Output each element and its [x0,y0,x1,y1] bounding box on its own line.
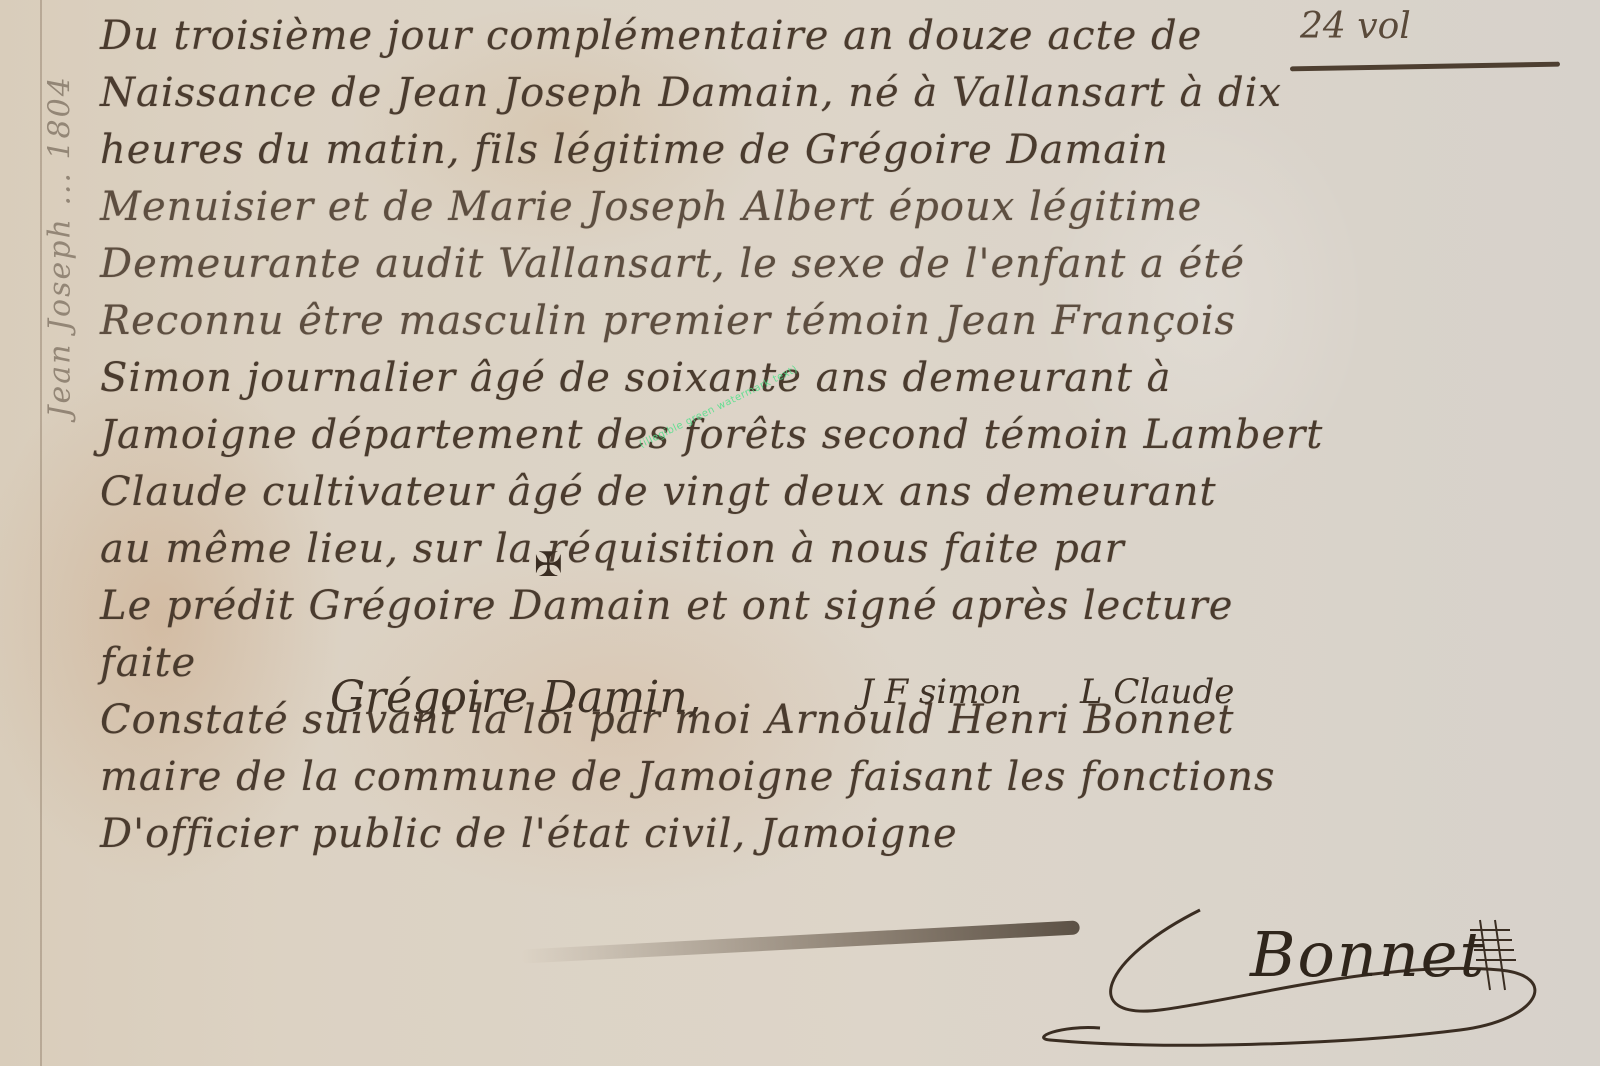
record-line: maire de la commune de Jamoigne faisant … [100,749,1580,806]
record-line: faite [100,635,1580,692]
cross-mark-icon: ✠ [534,545,563,585]
record-line: heures du matin, fils légitime de Grégoi… [100,122,1580,179]
record-line: Du troisième jour complémentaire an douz… [100,8,1580,65]
record-text: Du troisième jour complémentaire an douz… [100,8,1580,863]
record-line: Menuisier et de Marie Joseph Albert épou… [100,179,1580,236]
record-line: Constaté suivant la loi par moi Arnould … [100,692,1580,749]
signature-father: Grégoire Damin, [330,672,702,723]
margin-note: Jean Joseph ... 1804 [43,58,78,418]
record-line: Le prédit Grégoire Damain et ont signé a… [100,578,1580,635]
record-line: Demeurante audit Vallansart, le sexe de … [100,236,1580,293]
signature-mayor: Bonnet [1250,918,1486,991]
record-line: D'officier public de l'état civil, Jamoi… [100,806,1580,863]
signature-witness-1: J F simon [860,672,1022,712]
record-line: Simon journalier âgé de soixante ans dem… [100,350,1580,407]
record-line: Claude cultivateur âgé de vingt deux ans… [100,464,1580,521]
record-line: Jamoigne département des forêts second t… [100,407,1580,464]
signature-witness-2: L Claude [1080,672,1234,712]
record-line: au même lieu, sur la réquisition à nous … [100,521,1580,578]
record-line: Naissance de Jean Joseph Damain, né à Va… [100,65,1580,122]
